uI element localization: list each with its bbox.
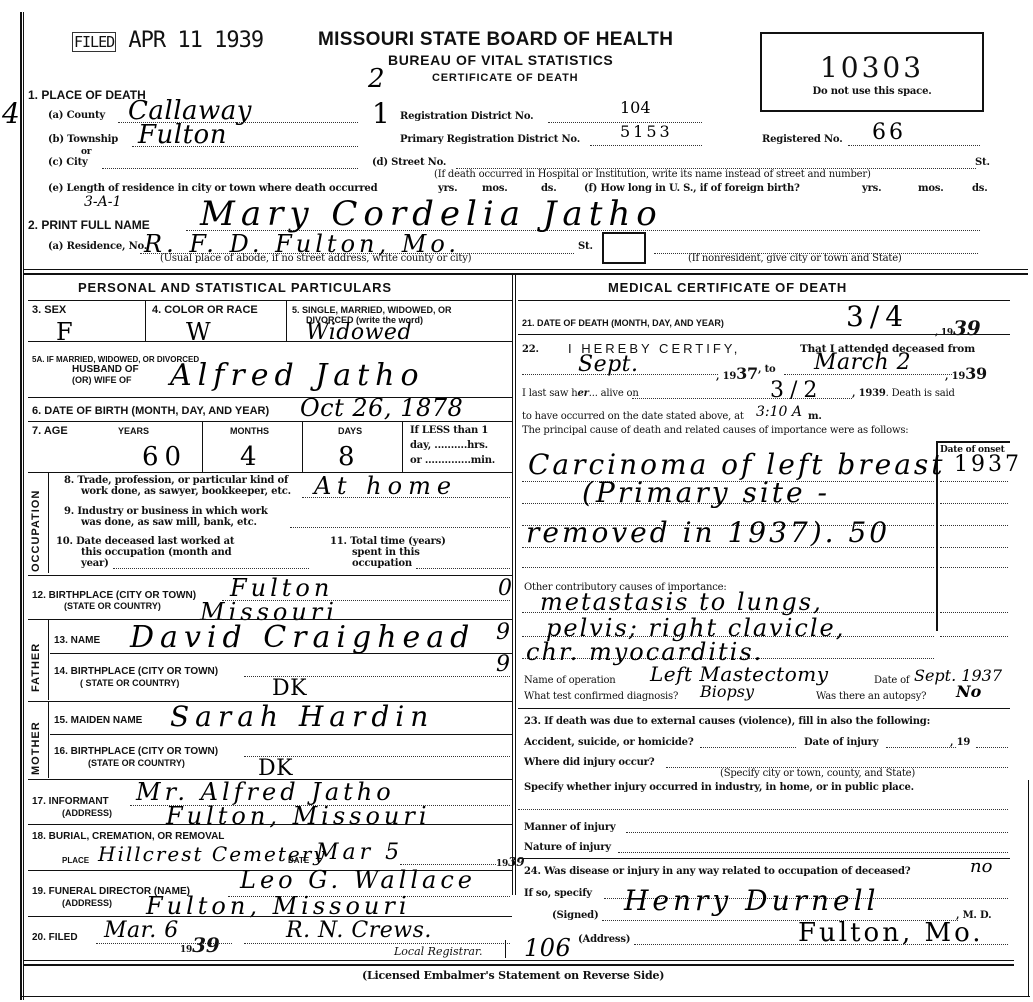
filed-year-prefix: 19 (180, 945, 192, 955)
foreign-ds: ds. (972, 183, 988, 194)
manner-label: Manner of injury (524, 822, 616, 833)
to-year: , 1939 (945, 364, 987, 383)
divider (48, 620, 49, 700)
injury-date-line (886, 747, 956, 748)
father-birthplace-code: 9 (496, 652, 511, 677)
to-year-prefix: , 19 (945, 371, 965, 382)
days-value: 8 (338, 442, 355, 472)
reg-district-value: 104 (620, 98, 651, 117)
registered-label: Registered No. (762, 134, 843, 145)
industry-line (290, 527, 510, 528)
margin-code: 106 (524, 934, 571, 962)
registrar-value: R. N. Crews. (286, 918, 432, 943)
spouse-label-3: (OR) WIFE OF (72, 375, 132, 385)
from-year-prefix: , 19 (716, 371, 736, 382)
divider (518, 708, 1010, 709)
birthplace-code: 0 (498, 576, 513, 601)
mother-section-label: MOTHER (30, 721, 42, 775)
trade-value: At home (314, 472, 457, 500)
full-name-label: 2. PRINT FULL NAME (28, 218, 150, 232)
burial-date-label: DATE (288, 856, 309, 865)
bureau-title: BUREAU OF VITAL STATISTICS (388, 52, 613, 68)
street-suffix: St. (975, 157, 990, 168)
certificate-number-box: 10303 Do not use this space. (760, 32, 984, 112)
last-saw-year: , 1939. Death is said (852, 388, 955, 399)
burial-label: 18. BURIAL, CREMATION, OR REMOVAL (32, 831, 224, 842)
total-time-label-2: spent in this (352, 547, 420, 558)
residence-yrs: yrs. (438, 183, 457, 194)
informant-address-label: (ADDRESS) (62, 808, 112, 818)
certificate-number: 10303 (762, 54, 982, 82)
father-name-code: 9 (496, 620, 511, 645)
physician-address-value: Fulton, Mo. (798, 918, 984, 948)
industry-injury-label: Specify whether injury occurred in indus… (524, 782, 914, 793)
onset-line (940, 503, 1008, 504)
nonresident-note: (If nonresident, give city or town and S… (688, 253, 902, 264)
divider (402, 422, 403, 472)
outer-border-right (1028, 780, 1029, 996)
divider (518, 300, 1010, 301)
divider (28, 421, 512, 422)
last-worked-label-1: 10. Date deceased last worked at (56, 536, 234, 547)
divider (286, 301, 287, 341)
operation-label: Name of operation (524, 675, 616, 686)
last-saw-year-value: 39 (872, 388, 886, 399)
total-time-label-1: 11. Total time (years) (330, 536, 446, 547)
years-label: YEARS (118, 426, 149, 436)
days-label: DAYS (338, 426, 362, 436)
physician-signature: Henry Durnell (624, 884, 880, 917)
last-worked-label-2: this occupation (month and (81, 547, 231, 558)
divider (28, 916, 512, 917)
dod-year-prefix: , 19 (935, 328, 953, 338)
last-saw-label: I last saw her... alive on (522, 388, 639, 399)
divider (24, 964, 1014, 966)
injury-date-label: Date of injury (804, 737, 878, 748)
outer-border-bottom (20, 996, 1030, 997)
filed-stamp-label: FILED (72, 32, 116, 52)
residence-length-label: (e) Length of residence in city or town … (48, 183, 377, 194)
divider (50, 734, 512, 735)
burial-date-value: Mar 5 (316, 840, 403, 865)
last-worked-label-3: year) (81, 558, 109, 569)
accident-line (700, 747, 796, 748)
street-label: (d) Street No. (372, 157, 446, 168)
sex-label: 3. SEX (32, 304, 66, 316)
less-than-label-3: or ..............min. (410, 455, 495, 466)
primary-reg-label: Primary Registration District No. (400, 134, 580, 145)
occupation-related-value: no (970, 856, 992, 877)
divider (24, 273, 1028, 275)
from-year-value: 37 (736, 364, 758, 383)
autopsy-label: Was there an autopsy? (816, 691, 926, 702)
page-title: MISSOURI STATE BOARD OF HEALTH (318, 29, 673, 51)
handwritten-mark-1: 1 (372, 97, 390, 130)
father-birthplace-label-2: ( STATE OR COUNTRY) (80, 678, 179, 688)
less-than-label-1: If LESS than 1 (410, 425, 488, 436)
occupation-related-label: 24. Was disease or injury in any way rel… (524, 866, 910, 877)
divider (28, 824, 512, 825)
to-year-value: 39 (965, 364, 987, 383)
accident-label: Accident, suicide, or homicide? (524, 737, 694, 748)
time-suffix: m. (808, 411, 822, 422)
city-label: (c) City (48, 157, 88, 168)
handwritten-mark-2: 2 (368, 64, 385, 94)
to-value: March 2 (814, 350, 911, 375)
filed-year: 1939 (180, 933, 220, 957)
signed-label: (Signed) (552, 910, 599, 921)
name-annotation: 3-A-1 (84, 194, 121, 210)
abode-note: (Usual place of abode, if no street addr… (160, 253, 471, 264)
divider (50, 653, 512, 654)
onset-line (940, 481, 1008, 482)
divider (48, 473, 49, 573)
spouse-value: Alfred Jatho (170, 358, 425, 393)
divider (28, 300, 512, 301)
divider (505, 940, 506, 958)
race-label: 4. COLOR OR RACE (152, 304, 258, 316)
industry-label-2: was done, as saw mill, bank, etc. (81, 517, 257, 528)
footer-note: (Licensed Embalmer's Statement on Revers… (362, 969, 664, 982)
foreign-yrs: yrs. (862, 183, 881, 194)
mother-name-label: 15. MAIDEN NAME (54, 715, 142, 726)
burial-place-label: PLACE (62, 856, 89, 865)
informant-address-value: Fulton, Missouri (166, 802, 431, 830)
trade-label-1: 8. Trade, profession, or particular kind… (64, 475, 288, 486)
last-saw-prefix: I last saw h (522, 388, 578, 399)
onset-line (940, 547, 1008, 548)
less-than-label-2: day, ..........hrs. (410, 440, 488, 451)
registrar-label: Local Registrar. (394, 945, 482, 958)
primary-reg-value: 5153 (620, 122, 673, 141)
marital-label-1: 5. SINGLE, MARRIED, WIDOWED, OR (292, 305, 452, 315)
physician-address-label: (Address) (578, 934, 630, 945)
months-label: MONTHS (230, 426, 269, 436)
onset-line (940, 636, 1008, 637)
occurred-label: to have occurred on the date stated abov… (522, 411, 744, 422)
funeral-director-address-label: (ADDRESS) (62, 898, 112, 908)
do-not-use-note: Do not use this space. (762, 86, 982, 97)
margin-mark: 4 (2, 97, 20, 130)
age-label: 7. AGE (32, 425, 68, 437)
county-label: (a) County (48, 110, 105, 121)
father-name-value: David Craighead (130, 620, 475, 655)
specify-note: (Specify city or town, county, and State… (720, 768, 915, 779)
divider (24, 960, 1014, 961)
informant-label: 17. INFORMANT (32, 796, 109, 807)
cause-line-2: (Primary site - (582, 476, 830, 509)
to-label: , to (758, 364, 775, 375)
dod-label: 21. DATE OF DEATH (MONTH, DAY, AND YEAR) (522, 318, 724, 328)
filed-stamp-date: APR 11 1939 (128, 28, 263, 53)
divider (518, 858, 1010, 859)
other-cause-1: metastasis to lungs, (540, 588, 823, 616)
occupation-section-label: OCCUPATION (30, 490, 42, 572)
mother-birthplace-label-2: (STATE OR COUNTRY) (88, 758, 185, 768)
burial-date-line (400, 864, 496, 865)
father-name-label: 13. NAME (54, 635, 100, 646)
dob-value: Oct 26, 1878 (300, 394, 463, 422)
birthplace-label-1: 12. BIRTHPLACE (CITY OR TOWN) (32, 590, 196, 601)
last-saw-value: 3/2 (770, 378, 823, 403)
industry-label-1: 9. Industry or business in which work (64, 506, 268, 517)
filed-date-value: Mar. 6 (104, 918, 179, 943)
registrar-line (244, 943, 510, 944)
outer-border-left (20, 12, 22, 1000)
cause-line-3: removed in 1937). 50 (526, 516, 890, 549)
full-name-value: Mary Cordelia Jatho (200, 194, 663, 234)
last-saw-year-prefix: , 19 (852, 388, 872, 399)
father-section-label: FATHER (30, 643, 42, 692)
filed-year-value: 39 (192, 933, 219, 957)
primary-reg-line (590, 145, 702, 146)
years-value: 60 (142, 442, 187, 472)
injury-year-prefix: , 19 (950, 737, 970, 748)
burial-year-prefix: 19 (496, 859, 508, 869)
death-said-label: . Death is said (886, 388, 955, 399)
nature-label: Nature of injury (524, 842, 611, 853)
test-value: Biopsy (700, 682, 754, 701)
residence-mos: mos. (482, 183, 508, 194)
filed-stamp: FILED APR 11 1939 (72, 28, 263, 53)
dod-value: 3/4 (846, 300, 909, 333)
filed-label: 20. FILED (32, 932, 78, 943)
onset-line (940, 612, 1008, 613)
total-time-label-3: occupation (352, 558, 412, 569)
birthplace-label-2: (STATE OR COUNTRY) (64, 601, 161, 611)
divider (28, 341, 512, 342)
principal-cause-label: The principal cause of death and related… (522, 425, 908, 436)
registered-value: 66 (872, 120, 906, 145)
where-label: Where did injury occur? (524, 757, 654, 768)
last-saw-pronoun: er (578, 388, 589, 399)
divider (302, 422, 303, 472)
township-label: (b) Township (48, 134, 118, 145)
industry-injury-line (518, 809, 1008, 810)
funeral-director-name: Leo G. Wallace (240, 866, 476, 894)
foreign-label: (f) How long in U. S., if of foreign bir… (584, 183, 800, 194)
onset-line (940, 525, 1008, 526)
dob-label: 6. DATE OF BIRTH (MONTH, DAY, AND YEAR) (32, 405, 269, 417)
divider (48, 702, 49, 778)
mother-birthplace-label-1: 16. BIRTHPLACE (CITY OR TOWN) (54, 746, 218, 757)
nature-line (618, 852, 1008, 853)
dod-year-value: 39 (953, 316, 980, 340)
certificate-title: CERTIFICATE OF DEATH (432, 72, 578, 84)
personal-heading: PERSONAL AND STATISTICAL PARTICULARS (78, 280, 392, 295)
father-birthplace-value: DK (272, 676, 307, 701)
medical-heading: MEDICAL CERTIFICATE OF DEATH (608, 280, 847, 295)
cause-line (522, 567, 934, 568)
column-divider (515, 275, 516, 895)
last-worked-line (113, 568, 309, 569)
divider (518, 334, 1010, 335)
total-time-line (416, 568, 510, 569)
test-label: What test confirmed diagnosis? (524, 691, 678, 702)
time-value: 3:10 A (756, 404, 802, 420)
onset-line (940, 567, 1008, 568)
or-label: or (81, 147, 91, 157)
residence-label: (a) Residence, No. (48, 241, 147, 252)
township-value: Fulton (138, 120, 227, 150)
from-value: Sept. (578, 352, 639, 377)
spouse-label-2: HUSBAND OF (72, 364, 139, 375)
manner-line (626, 832, 1008, 833)
residence-box (602, 232, 646, 264)
onset-value: 1937 (954, 452, 1022, 477)
injury-year-line (976, 747, 1008, 748)
foreign-mos: mos. (918, 183, 944, 194)
divider (202, 422, 203, 472)
mother-name-value: Sarah Hardin (170, 700, 434, 733)
residence-st-label: St. (578, 241, 593, 252)
onset-box-top (936, 441, 1010, 443)
external-heading: 23. If death was due to external causes … (524, 716, 930, 727)
dod-year: , 1939 (935, 316, 980, 340)
registered-line (848, 145, 980, 146)
from-year: , 1937 (716, 364, 758, 383)
autopsy-value: No (956, 682, 981, 701)
months-value: 4 (240, 442, 257, 472)
reg-district-label: Registration District No. (400, 111, 533, 122)
divider (24, 269, 1028, 270)
city-line (102, 168, 358, 169)
certify-number: 22. (522, 344, 539, 355)
residence-ds: ds. (541, 183, 557, 194)
if-so-label: If so, specify (524, 888, 592, 899)
outer-border-left-inner (23, 12, 24, 1000)
operation-date-label: Date of (874, 675, 909, 686)
father-birthplace-label-1: 14. BIRTHPLACE (CITY OR TOWN) (54, 666, 218, 677)
divider (145, 301, 146, 341)
trade-label-2: work done, as sawyer, bookkeeper, etc. (81, 486, 291, 497)
hospital-note: (If death occurred in Hospital or Instit… (434, 169, 871, 180)
